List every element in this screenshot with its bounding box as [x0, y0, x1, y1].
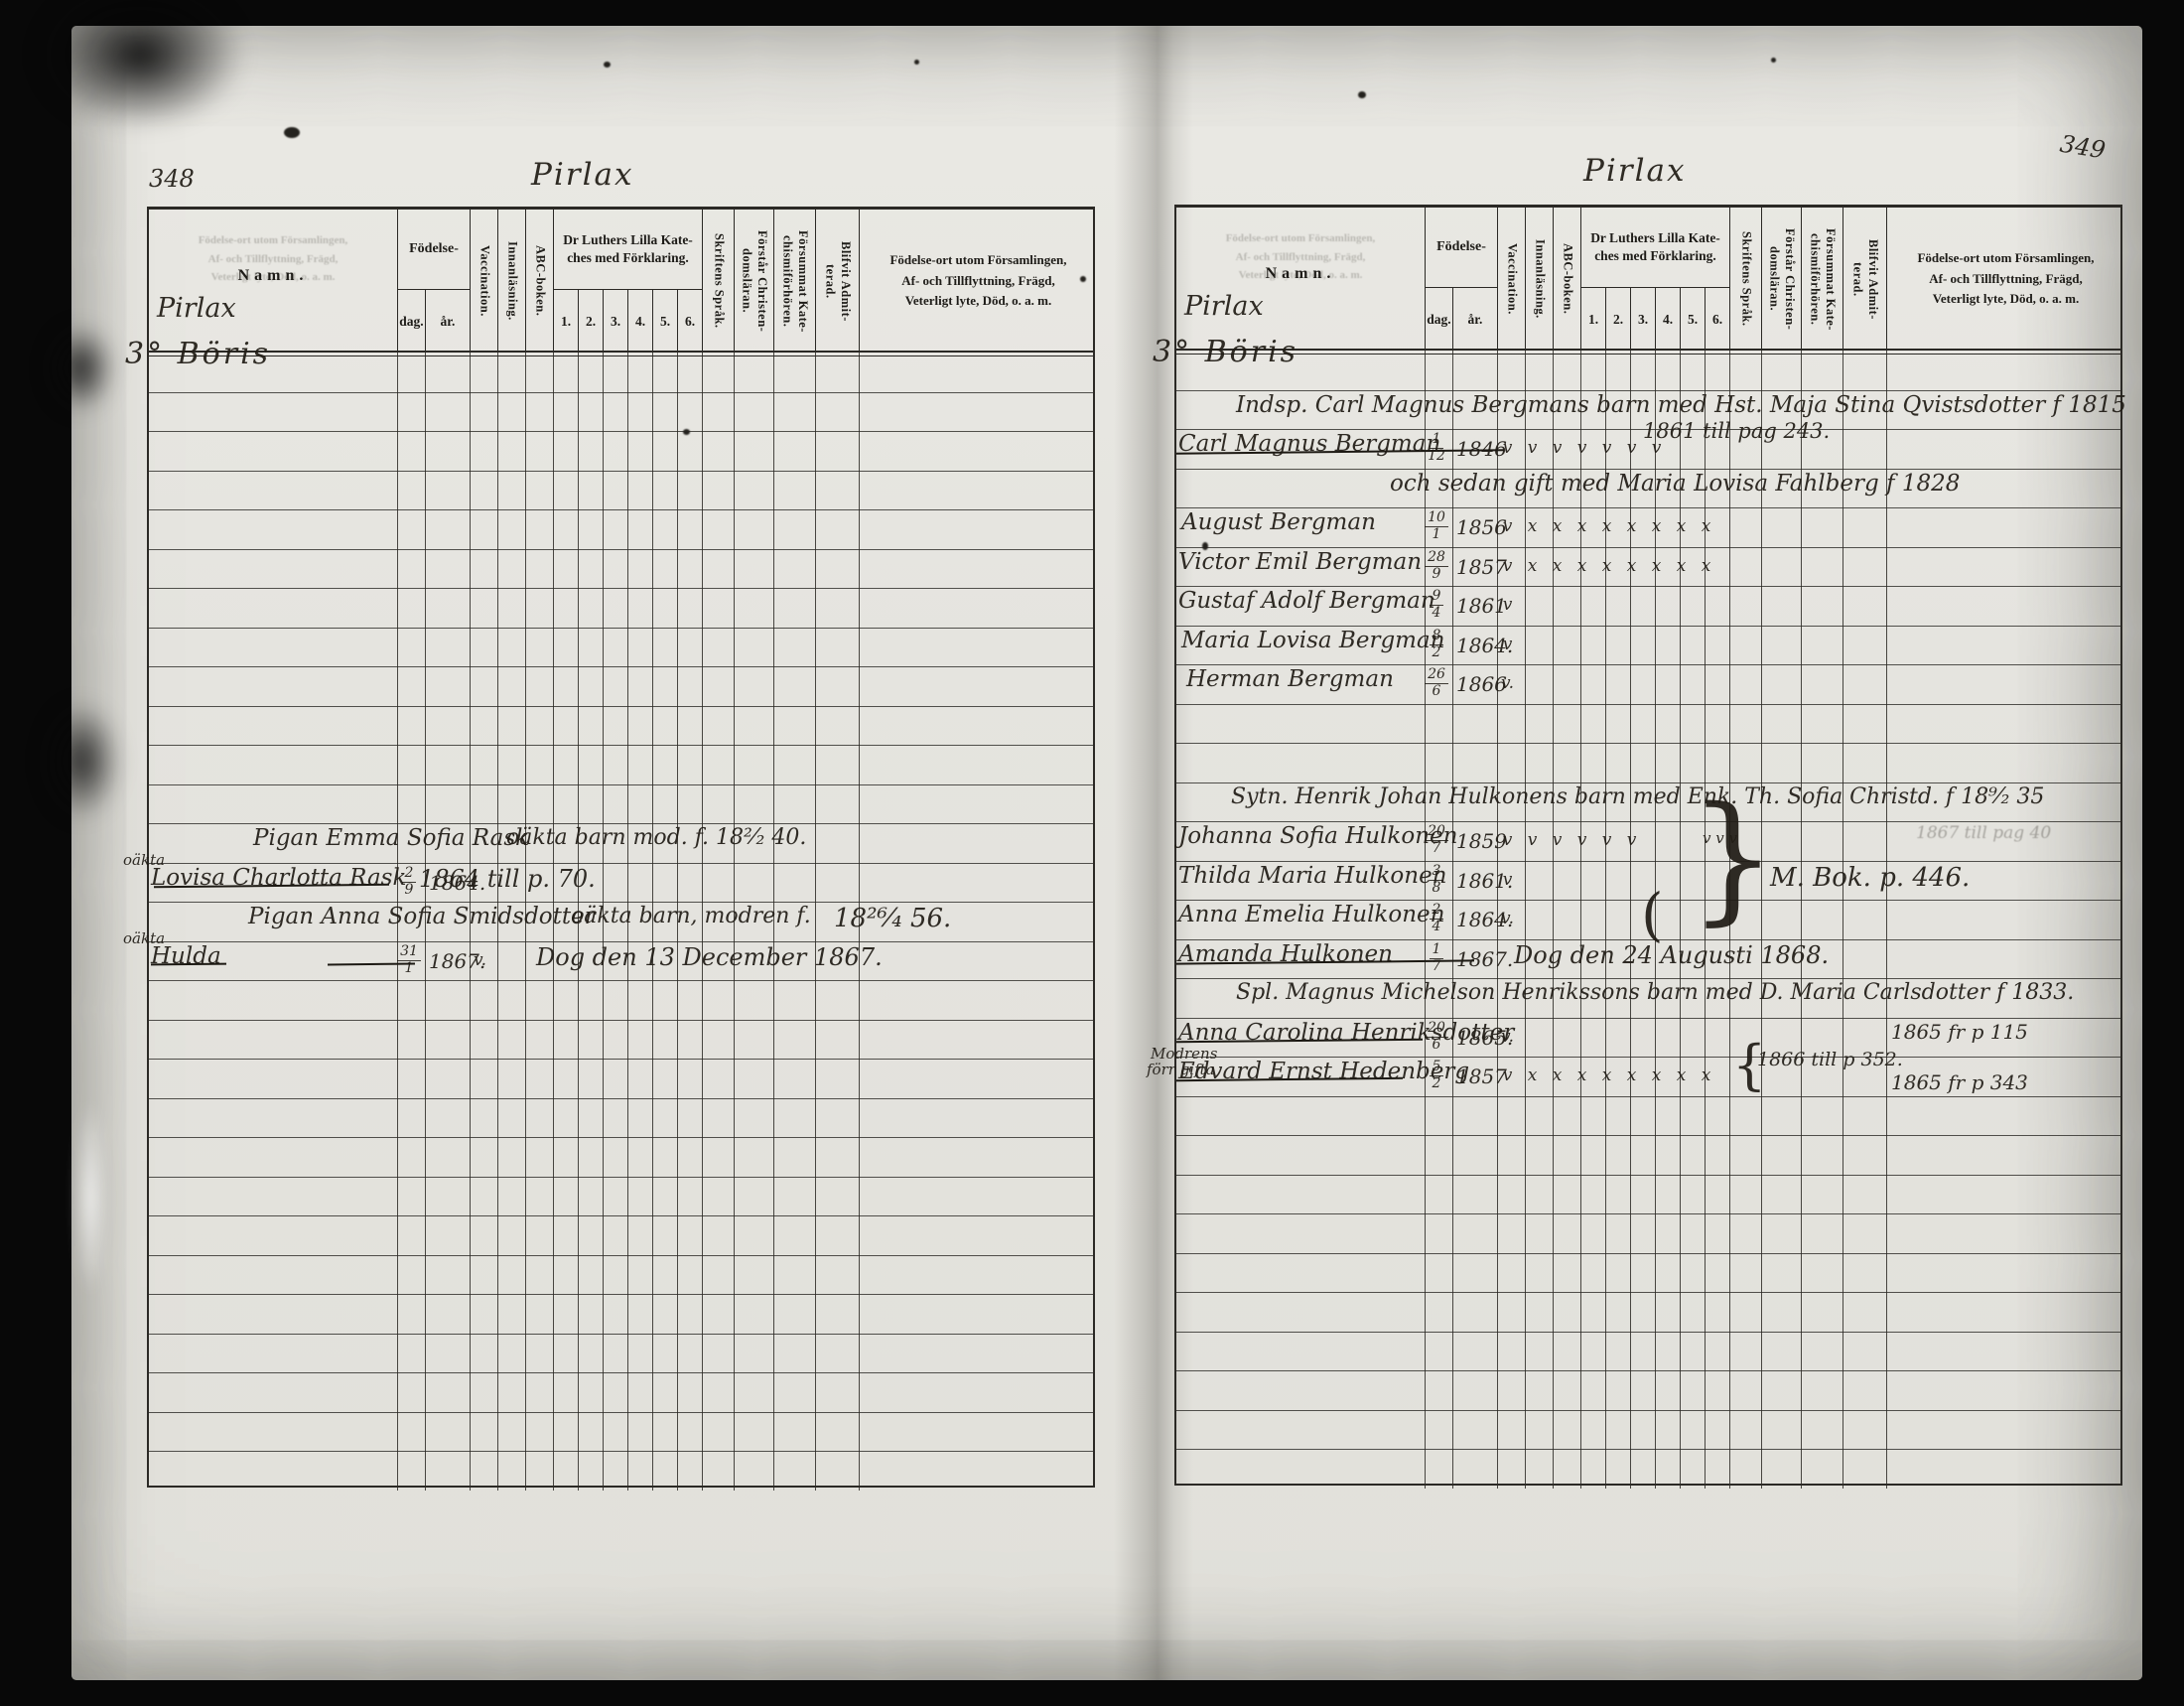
- entry-birth-year: 1867.: [1456, 947, 1513, 971]
- frac-top: 10: [1425, 510, 1448, 527]
- frac-bottom: 9: [1419, 567, 1454, 582]
- entries-overlay: Pigan Emma Sofia Raskoäkta barn mod. f. …: [149, 353, 1097, 1491]
- mark: v: [1495, 438, 1520, 458]
- mark: x: [1545, 556, 1570, 576]
- mark: x: [1644, 556, 1669, 576]
- col-header-skriftens-sprak: Skriftens Språk.: [1729, 208, 1761, 351]
- col-header-kateches-1: 1.: [561, 314, 571, 330]
- col-kateches-group: Dr Luthers Lilla Kate- ches med Förklari…: [1580, 208, 1729, 287]
- entry-note: Dog den 24 Augusti 1868.: [1514, 941, 1829, 969]
- entry-marks: v: [1495, 870, 1520, 890]
- col-header-namn: Namn.: [1176, 265, 1425, 283]
- frac-bottom: 4: [1419, 606, 1454, 621]
- col-header-fodelseort: Födelse-ort utom Församlingen, Af- och T…: [889, 250, 1066, 312]
- entry-marks: v.: [1495, 1027, 1520, 1047]
- strike-line: [151, 962, 226, 965]
- col-ar: år.: [1452, 287, 1497, 351]
- entry-note: oäkta barn mod. f. 18²⁄₂ 40.: [506, 825, 806, 850]
- mark: v: [1520, 830, 1545, 850]
- col-header-innanlasning-label: Innanläsning.: [504, 241, 520, 321]
- mark: x: [1694, 1066, 1718, 1085]
- mark: x: [1520, 516, 1545, 536]
- mark: v: [1495, 635, 1520, 654]
- mark: v: [1495, 516, 1520, 536]
- entry-marks: v: [1495, 635, 1520, 654]
- col-kateches-3: 3.: [1630, 287, 1655, 351]
- col-header-abc-boken: ABC-boken.: [1553, 208, 1580, 351]
- brace-mark: (: [1641, 886, 1664, 943]
- dust-speck: [1202, 542, 1208, 550]
- entry-note: 1865 fr p 343: [1891, 1070, 2028, 1094]
- mark: v: [1495, 870, 1520, 890]
- frac-top: 2: [1430, 903, 1444, 920]
- dust-speck: [604, 62, 611, 68]
- col-header-kateches-5: 5.: [660, 314, 670, 330]
- col-fodelseort: Födelse-ort utom Församlingen, Af- och T…: [1886, 208, 2124, 351]
- col-fodelse-group: Födelse-: [397, 210, 470, 289]
- col-kateches-5: 5.: [652, 289, 677, 353]
- col-header-kateches-5: 5.: [1688, 312, 1698, 328]
- register-table-right: Födelse-ort utom Församlingen, Af- och T…: [1174, 205, 2122, 1486]
- col-header-kateches-4: 4.: [1663, 312, 1673, 328]
- microfilm-frame: 348 Pirlax 349 Pirlax Födelse-ort utom F…: [0, 0, 2184, 1706]
- col-dag: dag.: [397, 289, 425, 353]
- mark: x: [1570, 556, 1594, 576]
- frac-top: 20: [1425, 1021, 1448, 1038]
- entry-name: Gustaf Adolf Bergman: [1178, 588, 1435, 614]
- dust-speck: [1080, 276, 1086, 282]
- col-header-namn: Namn.: [149, 267, 397, 285]
- entry-birth-day: 82: [1419, 625, 1454, 661]
- entry-birth-day: 206: [1419, 1017, 1454, 1054]
- entry-name: och sedan gift med Maria Lovisa Fahlberg…: [1390, 471, 1960, 497]
- col-header-forstar-christendomslaran-label: Förstår Christen- domsläran.: [1766, 228, 1797, 330]
- register-table-left: Födelse-ort utom Församlingen, Af- och T…: [147, 207, 1095, 1488]
- entry-name: Spl. Magnus Michelson Henrikssons barn m…: [1236, 980, 2074, 1005]
- entry-marks: vxxxxxxxx: [1495, 516, 1718, 536]
- entry-birth-day: 289: [1419, 546, 1454, 583]
- entry-marks: v: [1495, 595, 1520, 615]
- entry-birth-day: 52: [1419, 1056, 1454, 1092]
- col-header-dag: dag.: [1427, 312, 1450, 328]
- col-header-abc-boken: ABC-boken.: [525, 210, 553, 353]
- mark: x: [1644, 516, 1669, 536]
- col-header-kateches-1: 1.: [1588, 312, 1598, 328]
- frac-top: 2: [402, 866, 417, 883]
- mark: v.: [1495, 909, 1520, 928]
- mark: v: [1619, 830, 1644, 850]
- frac-top: 26: [1425, 667, 1448, 684]
- entry-note: 1861 till pag 243.: [1643, 419, 1830, 443]
- col-kateches-6: 6.: [1705, 287, 1729, 351]
- col-header-vaccination-label: Vaccination.: [1504, 243, 1520, 315]
- entry-birth-day: 207: [1419, 820, 1454, 857]
- col-header-skriftens-sprak: Skriftens Språk.: [702, 210, 734, 353]
- col-kateches-1: 1.: [1580, 287, 1605, 351]
- entry-birth-day: 17: [1419, 938, 1454, 975]
- entry-birth-day: 311: [391, 940, 427, 977]
- frac-top: 8: [1430, 629, 1444, 645]
- col-kateches-2: 2.: [1605, 287, 1630, 351]
- frac-top: 5: [1430, 1060, 1444, 1076]
- col-header-fodelseort: Födelse-ort utom Församlingen, Af- och T…: [1917, 248, 2094, 310]
- frac-top: 9: [1430, 589, 1444, 606]
- frac-top: 1: [1430, 942, 1444, 959]
- col-header-forsummat-katechismiforhoren: Försummat Kate- chismiförhören.: [773, 210, 815, 353]
- col-dag: dag.: [1425, 287, 1452, 351]
- brace-mark: }: [1689, 789, 1777, 928]
- frac-bottom: 8: [1419, 881, 1454, 896]
- mark: x: [1594, 1066, 1619, 1085]
- col-header-ar: år.: [1468, 312, 1483, 328]
- entry-note: 1866 till p 352.: [1757, 1049, 1903, 1070]
- mark: v: [1495, 595, 1520, 615]
- col-namn: Födelse-ort utom Församlingen, Af- och T…: [1176, 208, 1425, 351]
- mark: x: [1669, 556, 1694, 576]
- mark: v: [1594, 830, 1619, 850]
- col-header-forstar-christendomslaran-label: Förstår Christen- domsläran.: [739, 230, 769, 332]
- col-kateches-4: 4.: [627, 289, 652, 353]
- entry-note: Dog den 13 December 1867.: [536, 943, 883, 971]
- frac-top: 3: [1430, 864, 1444, 881]
- film-edge-blotch: [42, 701, 121, 820]
- entry-name: Herman Bergman: [1186, 666, 1394, 692]
- book-spread: 348 Pirlax 349 Pirlax Födelse-ort utom F…: [71, 26, 2142, 1680]
- frac-bottom: 2: [1419, 1076, 1454, 1091]
- col-header-kateches-6: 6.: [1712, 312, 1722, 328]
- col-header-vaccination: Vaccination.: [1497, 208, 1525, 351]
- mark: x: [1669, 1066, 1694, 1085]
- mark: v: [1520, 438, 1545, 458]
- mark: x: [1644, 1066, 1669, 1085]
- col-header-abc-boken-label: ABC-boken.: [532, 245, 548, 316]
- dust-speck: [1358, 91, 1366, 98]
- entry-name: Pigan Anna Sofia Smidsdotter: [248, 904, 596, 929]
- col-header-kateches: Dr Luthers Lilla Kate- ches med Förklari…: [563, 231, 693, 267]
- col-header-vaccination-label: Vaccination.: [477, 245, 492, 317]
- col-header-kateches-3: 3.: [1638, 312, 1648, 328]
- dust-speck: [683, 429, 690, 435]
- entry-name: Thilda Maria Hulkonen: [1178, 863, 1447, 889]
- entry-birth-day: 94: [1419, 585, 1454, 622]
- col-header-blifvit-admitterad: Blifvit Admit- terad.: [1843, 208, 1886, 351]
- col-kateches-2: 2.: [578, 289, 603, 353]
- col-header-kateches-6: 6.: [685, 314, 695, 330]
- mark: v: [1495, 830, 1520, 850]
- col-header-vaccination: Vaccination.: [470, 210, 497, 353]
- col-namn: Födelse-ort utom Församlingen, Af- och T…: [149, 210, 397, 353]
- entry-marks: vxxxxxxxx: [1495, 1066, 1718, 1085]
- film-edge-blotch: [36, 0, 244, 129]
- frac-top: 28: [1425, 550, 1448, 567]
- entry-marks: vvvvvv: [1495, 830, 1644, 850]
- entry-note: 18²⁶⁄₄ 56.: [834, 904, 951, 933]
- entry-name: Johanna Sofia Hulkonen: [1178, 823, 1457, 849]
- col-fodelse-group: Födelse-: [1425, 208, 1497, 287]
- entry-birth-day: 266: [1419, 663, 1454, 700]
- col-header-dag: dag.: [399, 314, 423, 330]
- frac-bottom: 6: [1419, 684, 1454, 699]
- entry-note: M. Bok. p. 446.: [1770, 863, 1970, 893]
- mark: v: [1545, 438, 1570, 458]
- strike-line: [328, 962, 415, 965]
- col-header-forsummat-katechismiforhoren: Försummat Kate- chismiförhören.: [1801, 208, 1843, 351]
- col-kateches-4: 4.: [1655, 287, 1680, 351]
- col-kateches-group: Dr Luthers Lilla Kate- ches med Förklari…: [553, 210, 702, 289]
- entry-note: 1867 till pag 40: [1916, 823, 2051, 843]
- mark: v: [1619, 438, 1644, 458]
- entry-birth-day: 38: [1419, 860, 1454, 897]
- mark: v: [1570, 830, 1594, 850]
- mark: v: [1570, 438, 1594, 458]
- col-header-skriftens-sprak-label: Skriftens Språk.: [1738, 231, 1754, 327]
- mark: x: [1619, 516, 1644, 536]
- col-kateches-5: 5.: [1680, 287, 1705, 351]
- mark: x: [1520, 1066, 1545, 1085]
- frac-top: 20: [1425, 824, 1448, 841]
- col-fodelseort: Födelse-ort utom Församlingen, Af- och T…: [859, 210, 1097, 353]
- entry-birth-day: 24: [1419, 899, 1454, 935]
- column-title-script: Pirlax: [1184, 291, 1264, 322]
- mark: x: [1545, 1066, 1570, 1085]
- page-number-right: 349: [2058, 130, 2108, 165]
- mark: x: [1570, 516, 1594, 536]
- col-header-kateches-2: 2.: [1613, 312, 1623, 328]
- running-title-left: Pirlax: [531, 157, 633, 193]
- running-title-right: Pirlax: [1583, 153, 1686, 189]
- entry-name: Maria Lovisa Bergman: [1181, 628, 1445, 653]
- entry-marks: v.: [1495, 909, 1520, 928]
- page-number-left: 348: [149, 165, 195, 193]
- entry-name: Indsp. Carl Magnus Bergmans barn med Hst…: [1236, 392, 2126, 418]
- frac-bottom: 6: [1419, 1038, 1454, 1053]
- col-header-blifvit-admitterad: Blifvit Admit- terad.: [815, 210, 859, 353]
- frac-bottom: 1: [1419, 527, 1454, 542]
- col-header-blifvit-admitterad-label: Blifvit Admit- terad.: [1849, 239, 1880, 320]
- col-header-skriftens-sprak-label: Skriftens Språk.: [711, 233, 727, 329]
- mark: v: [1495, 1066, 1520, 1085]
- col-kateches-3: 3.: [603, 289, 627, 353]
- col-header-abc-boken-label: ABC-boken.: [1560, 243, 1575, 314]
- col-header-kateches-4: 4.: [635, 314, 645, 330]
- mark: x: [1594, 516, 1619, 536]
- col-header-kateches-2: 2.: [586, 314, 596, 330]
- entry-marks: v.: [1495, 673, 1520, 693]
- frac-top: 31: [397, 944, 421, 961]
- column-title-script: Pirlax: [157, 293, 236, 324]
- mark: x: [1619, 556, 1644, 576]
- entry-note: 1865 fr p 115: [1891, 1020, 2028, 1044]
- mark: x: [1694, 556, 1718, 576]
- entry-note: oäkta barn, modren f.: [571, 904, 811, 928]
- entry-name: August Bergman: [1181, 509, 1376, 535]
- mark: v.: [468, 950, 492, 970]
- col-header-forstar-christendomslaran: Förstår Christen- domsläran.: [734, 210, 773, 353]
- col-header-innanlasning-label: Innanläsning.: [1532, 239, 1548, 319]
- mark: x: [1594, 556, 1619, 576]
- col-ar: år.: [425, 289, 470, 353]
- mark: x: [1669, 516, 1694, 536]
- frac-top: 1: [1430, 432, 1444, 449]
- col-header-kateches: Dr Luthers Lilla Kate- ches med Förklari…: [1590, 229, 1720, 265]
- mark: v: [1594, 438, 1619, 458]
- mark: x: [1570, 1066, 1594, 1085]
- col-header-forstar-christendomslaran: Förstår Christen- domsläran.: [1761, 208, 1801, 351]
- mark: v.: [1495, 673, 1520, 693]
- mark: x: [1520, 556, 1545, 576]
- col-header-ar: år.: [441, 314, 456, 330]
- col-header-innanlasning: Innanläsning.: [1525, 208, 1553, 351]
- ink-blot: [284, 127, 300, 138]
- frac-bottom: 4: [1419, 920, 1454, 934]
- mark: x: [1619, 1066, 1644, 1085]
- col-kateches-1: 1.: [553, 289, 578, 353]
- mark: v: [1495, 556, 1520, 576]
- col-header-kateches-3: 3.: [611, 314, 620, 330]
- dust-speck: [1771, 58, 1776, 63]
- col-header-innanlasning: Innanläsning.: [497, 210, 525, 353]
- col-header-fodelse: Födelse-: [1436, 239, 1486, 255]
- frac-bottom: 7: [1419, 841, 1454, 856]
- col-header-forsummat-katechismiforhoren-label: Försummat Kate- chismiförhören.: [779, 230, 810, 333]
- entry-name: Pigan Emma Sofia Rask: [253, 825, 529, 851]
- mark: v: [1545, 830, 1570, 850]
- entry-name: Sytn. Henrik Johan Hulkonens barn med En…: [1231, 784, 2044, 809]
- entry-marks: vxxxxxxxx: [1495, 556, 1718, 576]
- col-header-forsummat-katechismiforhoren-label: Försummat Kate- chismiförhören.: [1807, 228, 1838, 331]
- col-kateches-6: 6.: [677, 289, 702, 353]
- col-header-blifvit-admitterad-label: Blifvit Admit- terad.: [822, 241, 853, 322]
- dust-speck: [914, 60, 919, 65]
- entry-name: Victor Emil Bergman: [1178, 549, 1422, 575]
- film-edge-blotch: [46, 324, 115, 413]
- entry-note: 1864 till p. 70.: [419, 865, 596, 893]
- mark: v.: [1495, 1027, 1520, 1047]
- entry-marks: v.: [468, 950, 492, 970]
- entries-overlay: Indsp. Carl Magnus Bergmans barn med Hst…: [1176, 351, 2124, 1489]
- frac-bottom: 2: [1419, 645, 1454, 660]
- entry-birth-day: 112: [1419, 428, 1454, 465]
- entry-name: Anna Emelia Hulkonen: [1178, 902, 1444, 927]
- mark: x: [1545, 516, 1570, 536]
- mark: x: [1694, 516, 1718, 536]
- film-edge-light-streak: [73, 1098, 107, 1297]
- entry-birth-day: 101: [1419, 506, 1454, 543]
- col-header-fodelse: Födelse-: [409, 241, 459, 257]
